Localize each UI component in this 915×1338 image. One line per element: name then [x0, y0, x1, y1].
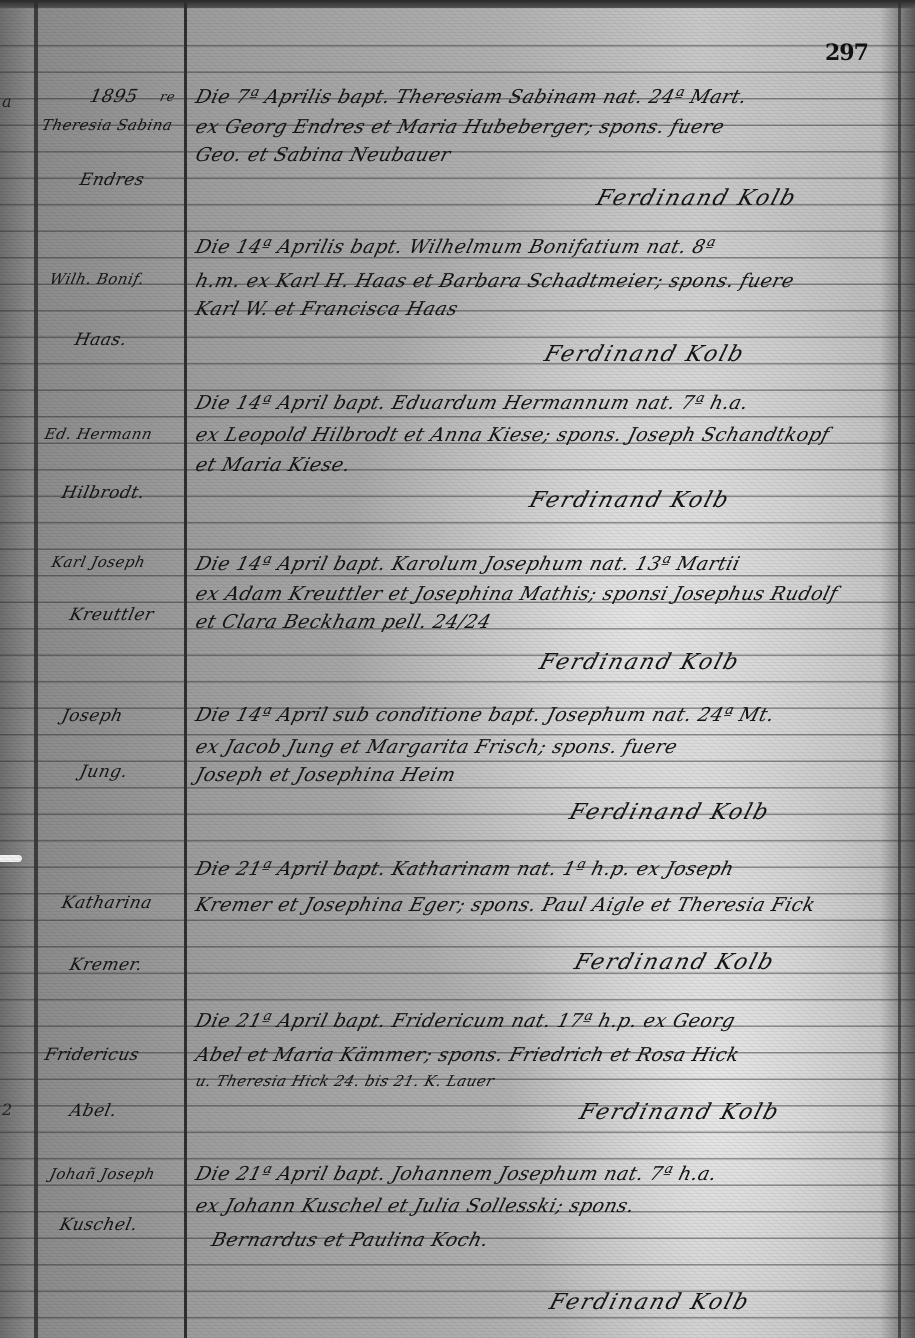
paper-tear — [0, 855, 22, 862]
priest-signature: Ferdinand Kolb — [571, 950, 778, 975]
priest-signature: Ferdinand Kolb — [526, 488, 733, 513]
left-strip-mark: a — [2, 92, 12, 111]
register-page: a 2 297 1895 re Theresia Sabina Endres D… — [0, 0, 915, 1338]
year-value: 1895 — [88, 86, 140, 107]
left-strip-divider — [34, 0, 38, 1338]
priest-signature: Ferdinand Kolb — [566, 800, 773, 825]
right-margin-line — [898, 0, 901, 1338]
priest-signature: Ferdinand Kolb — [536, 650, 743, 675]
ruled-lines — [0, 20, 915, 1338]
page-number: 297 — [825, 40, 868, 66]
year-suffix: re — [158, 90, 176, 105]
left-strip-mark: 2 — [2, 1100, 12, 1119]
priest-signature: Ferdinand Kolb — [593, 186, 800, 211]
priest-signature: Ferdinand Kolb — [546, 1290, 753, 1315]
page-top-edge — [0, 0, 915, 8]
priest-signature: Ferdinand Kolb — [541, 342, 748, 367]
margin-column-divider — [184, 0, 187, 1338]
priest-signature: Ferdinand Kolb — [576, 1100, 783, 1125]
